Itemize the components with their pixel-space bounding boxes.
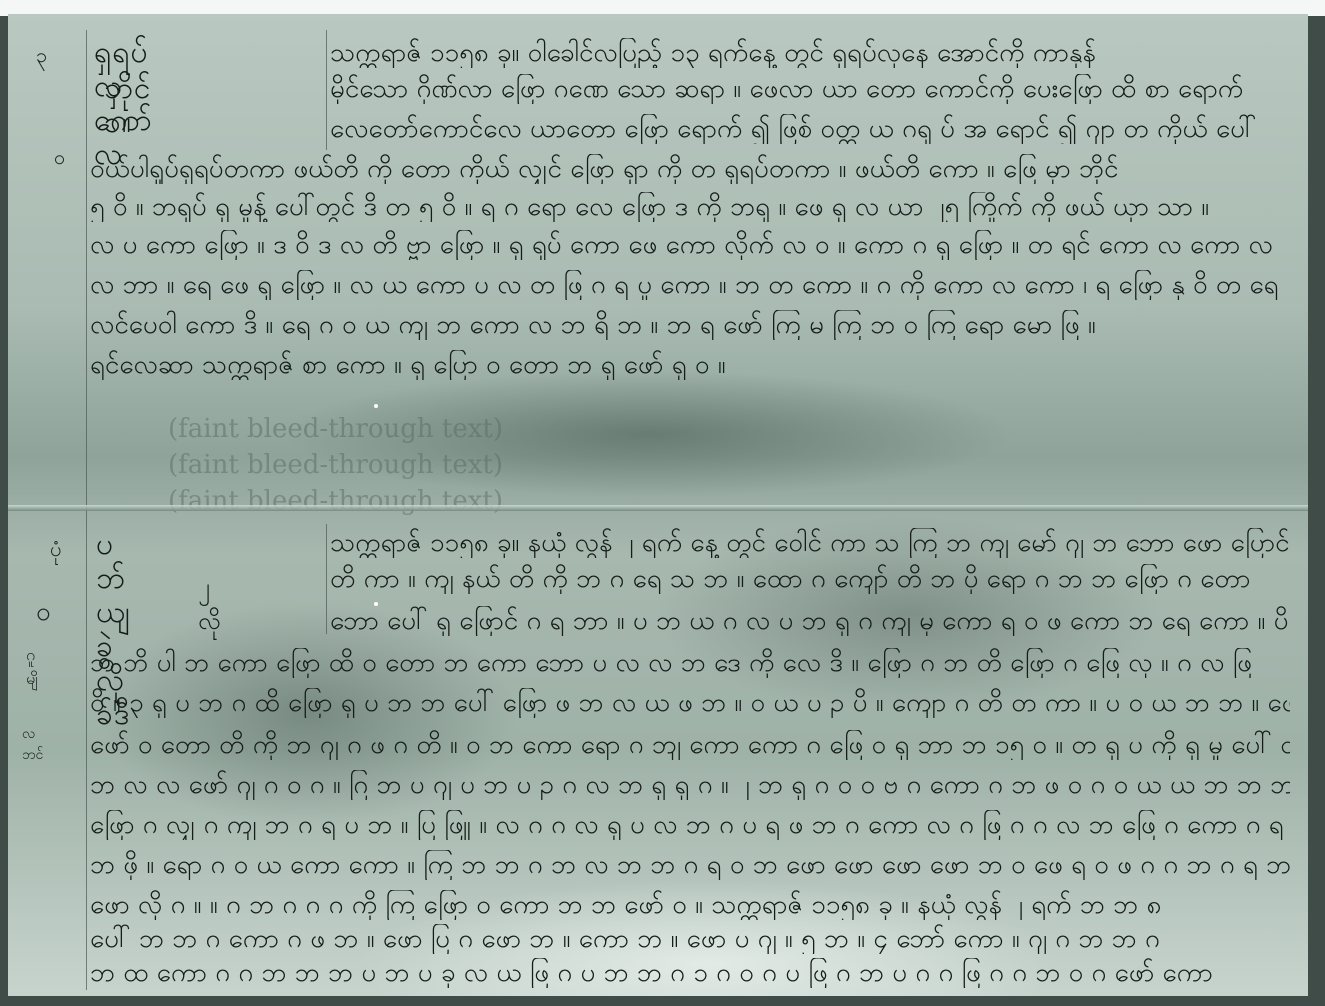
text-line: ဘ ဘိ ပါ ဘ ကော ဖြော ထိ ဝ တော ဘ ကော ဘော ပ … bbox=[90, 648, 1290, 678]
text-line: ဖော် ဝ တော တိ ကို ဘ ဂျ ဂ ဖ ဂ တိ ။ ဝ ဘ ကေ… bbox=[90, 730, 1290, 760]
text-line: ပေါ် ဘ ဘ ဂ ကော ဂ ဖ ဘ ။ ဖော ပြ ဂ ဖော ဘ ။ … bbox=[90, 924, 1290, 954]
margin-note: ၀ bbox=[36, 594, 51, 633]
scan-speck bbox=[374, 602, 378, 606]
heading-column-rule-1 bbox=[326, 30, 327, 150]
text-line: ဘော ပေါ် ရှ ဖြောင် ဂ ရ ဘာ ။ ပ ဘ ယ ဂ လ ပ … bbox=[330, 606, 1290, 636]
text-line: လင်ပေဝါ ကော ဒိ ။ ရေ ဂ ဝ ယ ကျ ဘ ကော လ ဘ ရ… bbox=[90, 310, 1290, 340]
text-line: ဘ ဖို ။ ရော ဂ ဝ ယ ကော ကော ။ ကြ ဘ ဘ ဂ ဘ လ… bbox=[90, 850, 1290, 880]
margin-note: ၀ bbox=[54, 144, 65, 174]
bleed-through-text: (faint bleed-through text) bbox=[168, 450, 1168, 480]
text-line: လ ပ ကော ဖြော ။ ဒ ဝိ ဒ လ တိ ဗ္ဗာ ဖြော ။ ရ… bbox=[90, 230, 1290, 260]
text-line: တိ ကာ ။ ကျ နယ် တိ ကို ဘ ဂ ရေ သ ဘ ။ ထော ဂ… bbox=[330, 564, 1290, 594]
text-line: လ ဘာ ။ ရေ ဖေ ရု ဖြော ။ လ ယ ကော ပ လ တ ဖြ … bbox=[90, 270, 1290, 300]
text-line: ဝယ်ပါရှုပ်ရှရပ်တကာ ဖယ်တိ ကို တော ကိုယ် လ… bbox=[90, 154, 1290, 184]
text-line: ရင်လေဆာ သက္ကရာဇ် စာ ကော ။ ရှ ပြော ဝ တော … bbox=[90, 350, 890, 380]
section-heading-line: ၂ လို bbox=[198, 570, 222, 638]
text-line: သက္ကရာဇ် ၁၁၅၈ ခု။ ဝါခေါင်လပြည့် ၁၃ ရက်နေ… bbox=[330, 38, 1290, 68]
heading-column-rule-2 bbox=[326, 524, 327, 634]
text-line: သက္ကရာဇ် ၁၁၅၈ ခု။ နယုံ လွန် ၂ ရက် နေ့ တွ… bbox=[330, 528, 1290, 558]
margin-note: လဘင် bbox=[22, 724, 43, 766]
page-fold bbox=[8, 505, 1308, 511]
text-line: မိုင်သော ဂိုဏ်လာ ဖြော ဂဏေ သော ဆရာ ။ ဖေလာ… bbox=[330, 74, 1290, 104]
text-line: လေတော်ကောင်လေ ယာတော ဖြော ရောက် ၍ ဖြစ် ဝတ… bbox=[330, 114, 1290, 144]
margin-note: ၃ bbox=[36, 42, 47, 72]
text-line: ဖြော ဂ လျှ ဂ ကျ ဘ ဂ ရ ပ ဘ ။ ပြ ဖြူ ။ လ ဂ… bbox=[90, 810, 1290, 840]
bleed-through-text: (faint bleed-through text) bbox=[168, 486, 1168, 516]
section-heading-line: ဘိုင် ၁။ bbox=[104, 72, 152, 140]
text-line: ဘ လ လ ဖော် ဂျ ဂ ဝ ဂ ။ ဂြ ဘ ပ ဂျ ပ ဘ ပ ဥ … bbox=[90, 770, 1290, 800]
text-line: ၅ ဝိ ။ ဘရုပ် ရှ မှုန့် ပေါ်တွင် ဒိ တ ၅ ဝ… bbox=[90, 192, 1290, 222]
text-line: ဘ ထ ကော ဂ ဂ ဘ ဘ ဘ ပ ဘ ပ ခု လ ယ ဖြ ဂ ပ ဘ … bbox=[90, 958, 1290, 988]
margin-note: ဂူမျိ bbox=[26, 644, 38, 692]
scan-speck bbox=[374, 404, 378, 408]
bleed-through-text: (faint bleed-through text) bbox=[168, 414, 1168, 444]
text-line: ဝိ ။ ၃ ရှ ပ ဘ ဂ ထိ ဖြော ရှ ပ ဘ ဘ ပေါ် ဖြ… bbox=[90, 688, 1290, 718]
text-line: ဖော လို ဂ ။ ။ ဂ ဘ ဂ ဂ ဂ ကို ကြ ဖြော ဝ ကေ… bbox=[90, 890, 1290, 920]
margin-note: ပုံ bbox=[50, 536, 61, 566]
